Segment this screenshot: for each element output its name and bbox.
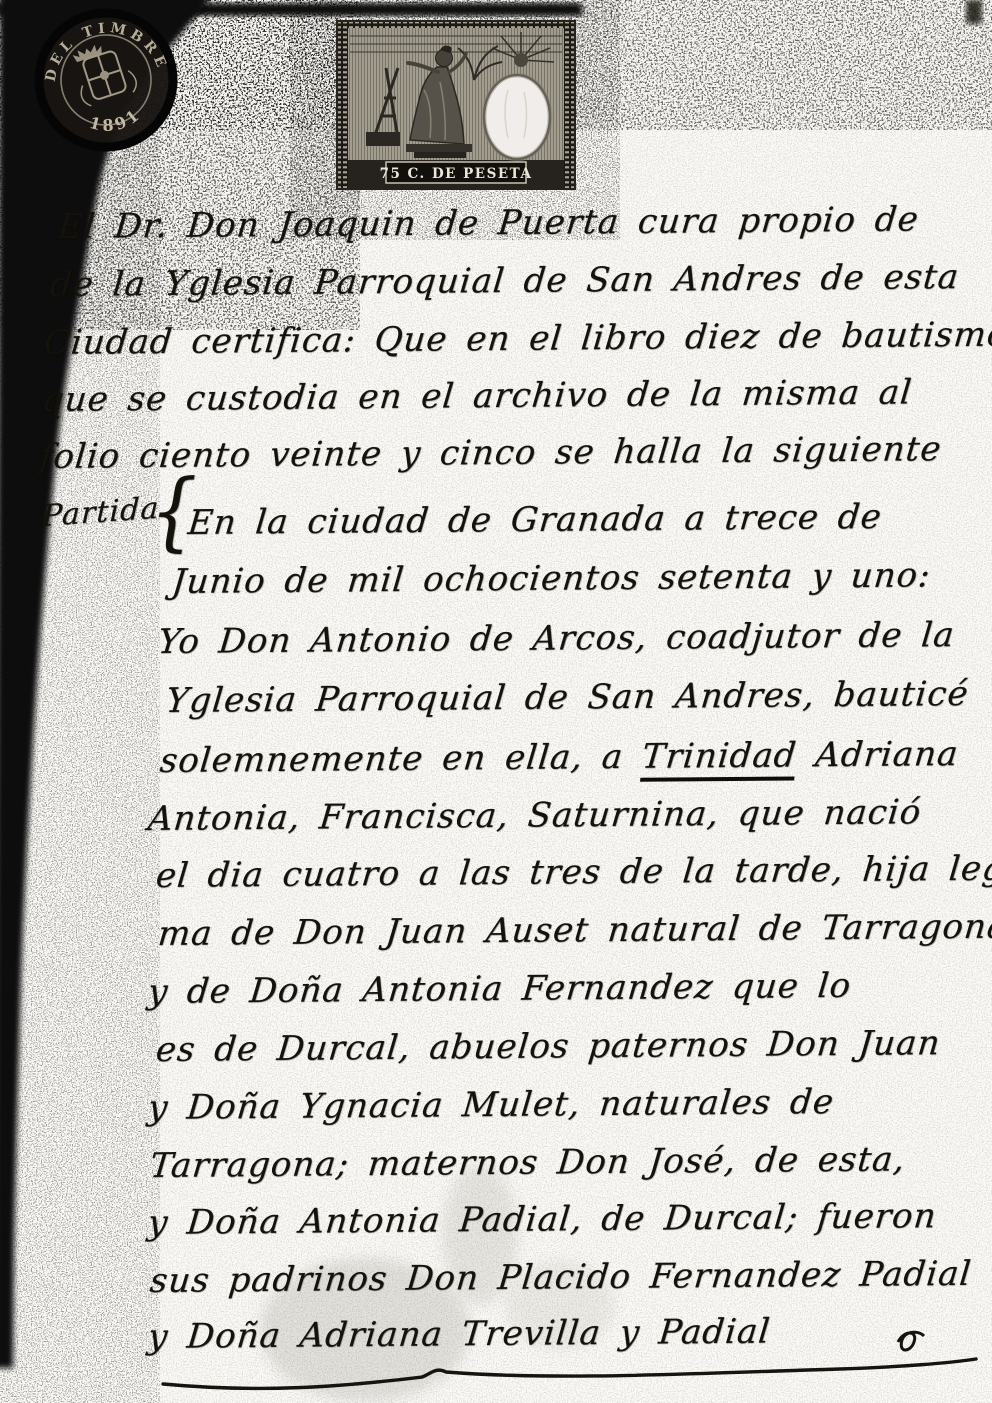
handwritten-line: Yo Don Antonio de Arcos, coadjutor de la [156, 615, 956, 662]
handwritten-line: sus padrinos Don Placido Fernandez Padia… [148, 1254, 973, 1301]
handwritten-line: Antonia, Francisca, Saturnina, que nació [146, 792, 923, 839]
handwritten-line: Ciudad certifica: Que en el libro diez d… [42, 314, 992, 363]
handwritten-line: y Doña Ygnacia Mulet, naturales de [146, 1082, 836, 1128]
handwritten-line: y Doña Antonia Padial, de Durcal; fueron [146, 1196, 939, 1243]
handwritten-line: que se custodia en el archivo de la mism… [40, 372, 914, 420]
handwritten-line: el dia cuatro a las tres de la tarde, hi… [154, 848, 992, 896]
scan-top-right-nick [966, 0, 982, 24]
handwritten-line: de la Yglesia Parroquial de San Andres d… [48, 257, 961, 305]
handwritten-line: El Dr. Don Joaquin de Puerta cura propio… [56, 199, 921, 247]
handwritten-line: En la ciudad de Granada a trece de [186, 497, 884, 543]
baptism-post-text: Adriana [795, 734, 961, 775]
handwritten-line: es de Durcal, abuelos paternos Don Juan [154, 1023, 942, 1070]
stamp-denomination-text: 75 C. DE PESETA [380, 166, 533, 182]
revenue-stamp-engraving: 75 C. DE PESETA [336, 20, 576, 190]
handwritten-line: Tarragona; maternos Don José, de esta, [148, 1139, 907, 1186]
handwritten-line: Yglesia Parroquial de San Andres, bautic… [164, 674, 970, 721]
handwritten-line: y de Doña Antonia Fernandez que lo [146, 966, 853, 1012]
oval-medallion-icon [484, 75, 550, 159]
handwritten-line: y Doña Adriana Trevilla y Padial [146, 1312, 772, 1357]
handwritten-line: ma de Don Juan Auset natural de Tarragon… [156, 907, 992, 954]
handwritten-line-baptism: solemnemente en ella, a Trinidad Adriana [158, 734, 960, 781]
underlined-name: Trinidad [640, 735, 799, 781]
baptism-pre-text: solemnemente en ella, a [158, 737, 644, 781]
anvil-block [366, 132, 400, 146]
revenue-stamp: 75 C. DE PESETA [336, 20, 576, 190]
scanned-document: { "seal": { "ring_text": "DEL TIMBRE", "… [0, 0, 992, 1403]
handwritten-line: Junio de mil ochocientos setenta y uno: [170, 555, 933, 602]
